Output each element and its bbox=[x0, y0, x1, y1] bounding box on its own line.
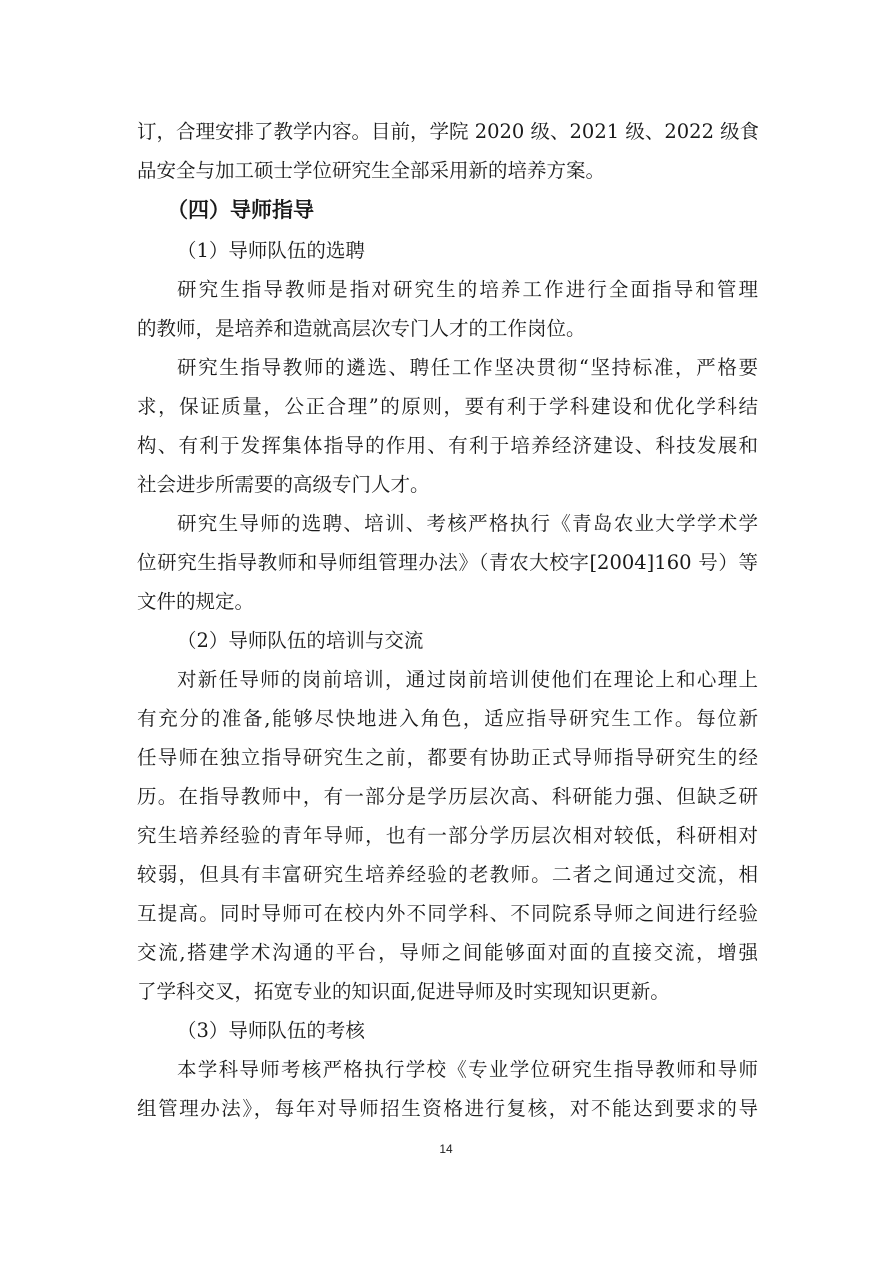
subsection-title: （3）导师队伍的考核 bbox=[137, 1011, 758, 1050]
text-line: 了学科交叉，拓宽专业的知识面,促进导师及时实现知识更新。 bbox=[137, 972, 758, 1011]
paragraph: 研究生导师的选聘、培训、考核严格执行《青岛农业大学学术学 位研究生指导教师和导师… bbox=[137, 504, 758, 621]
page-body: 订，合理安排了教学内容。目前，学院 2020 级、2021 级、2022 级食 … bbox=[137, 112, 758, 1128]
text-line: 交流,搭建学术沟通的平台，导师之间能够面对面的直接交流，增强 bbox=[137, 933, 758, 972]
paragraph: 对新任导师的岗前培训，通过岗前培训使他们在理论上和心理上 有充分的准备,能够尽快… bbox=[137, 660, 758, 1011]
paragraph: 本学科导师考核严格执行学校《专业学位研究生指导教师和导师 组管理办法》，每年对导… bbox=[137, 1050, 758, 1128]
text-line: 社会进步所需要的高级专门人才。 bbox=[137, 465, 758, 504]
subsection-title: （2）导师队伍的培训与交流 bbox=[137, 621, 758, 660]
text-line: 任导师在独立指导研究生之前，都要有协助正式导师指导研究生的经 bbox=[137, 738, 758, 777]
text-line: 组管理办法》，每年对导师招生资格进行复核，对不能达到要求的导 bbox=[137, 1089, 758, 1128]
page-number: 14 bbox=[0, 1142, 892, 1156]
text-line: 位研究生指导教师和导师组管理办法》（青农大校字[2004]160 号）等 bbox=[137, 543, 758, 582]
text-line: 研究生指导教师的遴选、聘任工作坚决贯彻“坚持标准，严格要 bbox=[137, 348, 758, 387]
text-line: 订，合理安排了教学内容。目前，学院 2020 级、2021 级、2022 级食 bbox=[137, 112, 758, 151]
document-page: 订，合理安排了教学内容。目前，学院 2020 级、2021 级、2022 级食 … bbox=[0, 0, 892, 1261]
text-line: 求，保证质量，公正合理”的原则，要有利于学科建设和优化学科结 bbox=[137, 387, 758, 426]
text-line: 文件的规定。 bbox=[137, 582, 758, 621]
text-line: 本学科导师考核严格执行学校《专业学位研究生指导教师和导师 bbox=[137, 1050, 758, 1089]
text-line: 对新任导师的岗前培训，通过岗前培训使他们在理论上和心理上 bbox=[137, 660, 758, 699]
text-line: 研究生导师的选聘、培训、考核严格执行《青岛农业大学学术学 bbox=[137, 504, 758, 543]
text-line: 构、有利于发挥集体指导的作用、有利于培养经济建设、科技发展和 bbox=[137, 426, 758, 465]
text-line: 较弱，但具有丰富研究生培养经验的老教师。二者之间通过交流，相 bbox=[137, 855, 758, 894]
subsection-title: （1）导师队伍的选聘 bbox=[137, 231, 758, 270]
text-line: 究生培养经验的青年导师，也有一部分学历层次相对较低，科研相对 bbox=[137, 816, 758, 855]
text-line: 品安全与加工硕士学位研究生全部采用新的培养方案。 bbox=[137, 151, 758, 190]
text-line: 研究生指导教师是指对研究生的培养工作进行全面指导和管理 bbox=[137, 270, 758, 309]
section-heading: （四）导师指导 bbox=[137, 190, 758, 231]
paragraph: 研究生指导教师的遴选、聘任工作坚决贯彻“坚持标准，严格要 求，保证质量，公正合理… bbox=[137, 348, 758, 504]
text-line: 的教师，是培养和造就高层次专门人才的工作岗位。 bbox=[137, 309, 758, 348]
text-line: 历。在指导教师中，有一部分是学历层次高、科研能力强、但缺乏研 bbox=[137, 777, 758, 816]
paragraph: 研究生指导教师是指对研究生的培养工作进行全面指导和管理 的教师，是培养和造就高层… bbox=[137, 270, 758, 348]
text-line: 有充分的准备,能够尽快地进入角色，适应指导研究生工作。每位新 bbox=[137, 699, 758, 738]
text-line: 互提高。同时导师可在校内外不同学科、不同院系导师之间进行经验 bbox=[137, 894, 758, 933]
